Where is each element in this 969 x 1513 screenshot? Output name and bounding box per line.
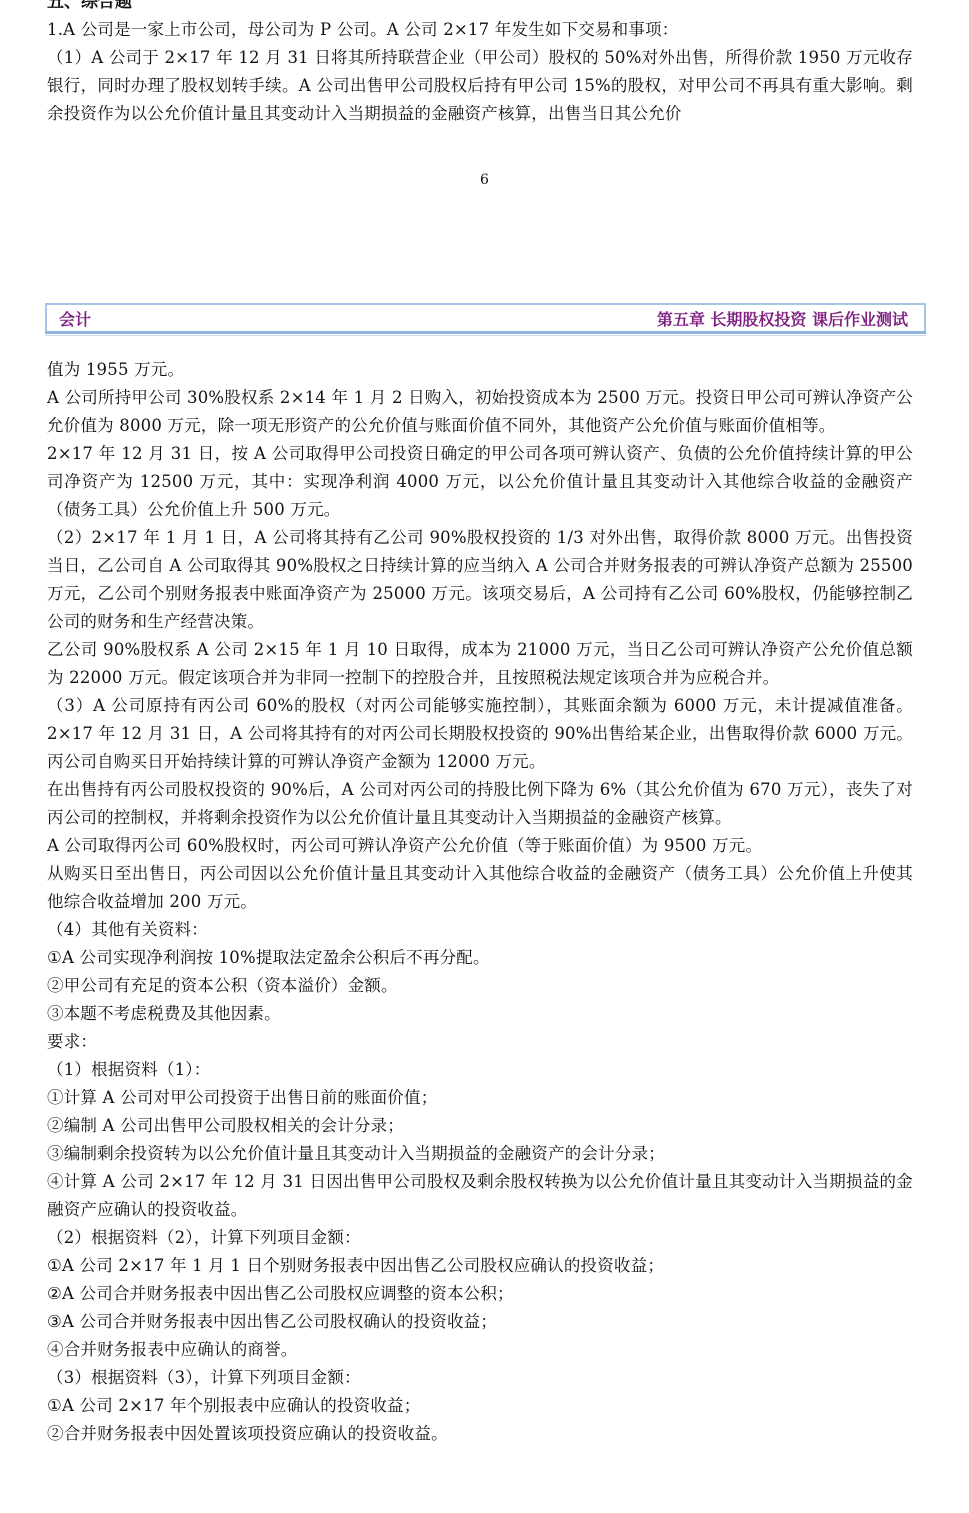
header-rule-thin (45, 335, 926, 336)
material-4-heading: （4）其他有关资料： (47, 916, 913, 944)
requirement-2-heading: （2）根据资料（2），计算下列项目金额： (47, 1224, 913, 1252)
paragraph: 2×17 年 12 月 31 日，按 A 公司取得甲公司投资日确定的甲公司各项可… (47, 440, 913, 524)
material-1-paragraph: （1）A 公司于 2×17 年 12 月 31 日将其所持联营企业（甲公司）股权… (47, 44, 913, 128)
list-item: ②合并财务报表中因处置该项投资应确认的投资收益。 (47, 1420, 913, 1448)
material-2-paragraph: （2）2×17 年 1 月 1 日，A 公司将其持有乙公司 90%股权投资的 1… (47, 524, 913, 636)
list-item: ③本题不考虑税费及其他因素。 (47, 1000, 913, 1028)
header-subject: 会计 (59, 307, 91, 330)
header-rule (45, 331, 926, 334)
paragraph: 乙公司 90%股权系 A 公司 2×15 年 1 月 10 日取得，成本为 21… (47, 636, 913, 692)
paragraph: A 公司取得丙公司 60%股权时，丙公司可辨认净资产公允价值（等于账面价值）为 … (47, 832, 913, 860)
list-item: ②甲公司有充足的资本公积（资本溢价）金额。 (47, 972, 913, 1000)
list-item: ③编制剩余投资转为以公允价值计量且其变动计入当期损益的金融资产的会计分录； (47, 1140, 913, 1168)
material-3-paragraph: （3）A 公司原持有丙公司 60%的股权（对丙公司能够实施控制），其账面余额为 … (47, 692, 913, 776)
list-item: ②编制 A 公司出售甲公司股权相关的会计分录； (47, 1112, 913, 1140)
question-intro: 1.A 公司是一家上市公司，母公司为 P 公司。A 公司 2×17 年发生如下交… (47, 16, 913, 44)
list-item: ④合并财务报表中应确认的商誉。 (47, 1336, 913, 1364)
paragraph: 值为 1955 万元。 (47, 356, 913, 384)
requirement-1-heading: （1）根据资料（1）： (47, 1056, 913, 1084)
page-body: 值为 1955 万元。 A 公司所持甲公司 30%股权系 2×14 年 1 月 … (47, 356, 913, 1448)
list-item: ③A 公司合并财务报表中因出售乙公司股权确认的投资收益； (47, 1308, 913, 1336)
paragraph: A 公司所持甲公司 30%股权系 2×14 年 1 月 2 日购入，初始投资成本… (47, 384, 913, 440)
section-heading: 五、综合题 (47, 0, 913, 16)
requirement-3-heading: （3）根据资料（3），计算下列项目金额： (47, 1364, 913, 1392)
running-header: 会计 第五章 长期股权投资 课后作业测试 (45, 303, 926, 333)
header-chapter-title: 第五章 长期股权投资 课后作业测试 (657, 307, 908, 330)
list-item: ①计算 A 公司对甲公司投资于出售日前的账面价值； (47, 1084, 913, 1112)
list-item: ④计算 A 公司 2×17 年 12 月 31 日因出售甲公司股权及剩余股权转换… (47, 1168, 913, 1224)
list-item: ①A 公司 2×17 年个别报表中应确认的投资收益； (47, 1392, 913, 1420)
previous-page-bottom: 五、综合题 1.A 公司是一家上市公司，母公司为 P 公司。A 公司 2×17 … (47, 0, 913, 128)
page-number: 6 (0, 172, 969, 188)
paragraph: 在出售持有丙公司股权投资的 90%后，A 公司对丙公司的持股比例下降为 6%（其… (47, 776, 913, 832)
list-item: ①A 公司 2×17 年 1 月 1 日个别财务报表中因出售乙公司股权应确认的投… (47, 1252, 913, 1280)
requirements-heading: 要求： (47, 1028, 913, 1056)
list-item: ①A 公司实现净利润按 10%提取法定盈余公积后不再分配。 (47, 944, 913, 972)
list-item: ②A 公司合并财务报表中因出售乙公司股权应调整的资本公积； (47, 1280, 913, 1308)
paragraph: 从购买日至出售日，丙公司因以公允价值计量且其变动计入其他综合收益的金融资产（债务… (47, 860, 913, 916)
